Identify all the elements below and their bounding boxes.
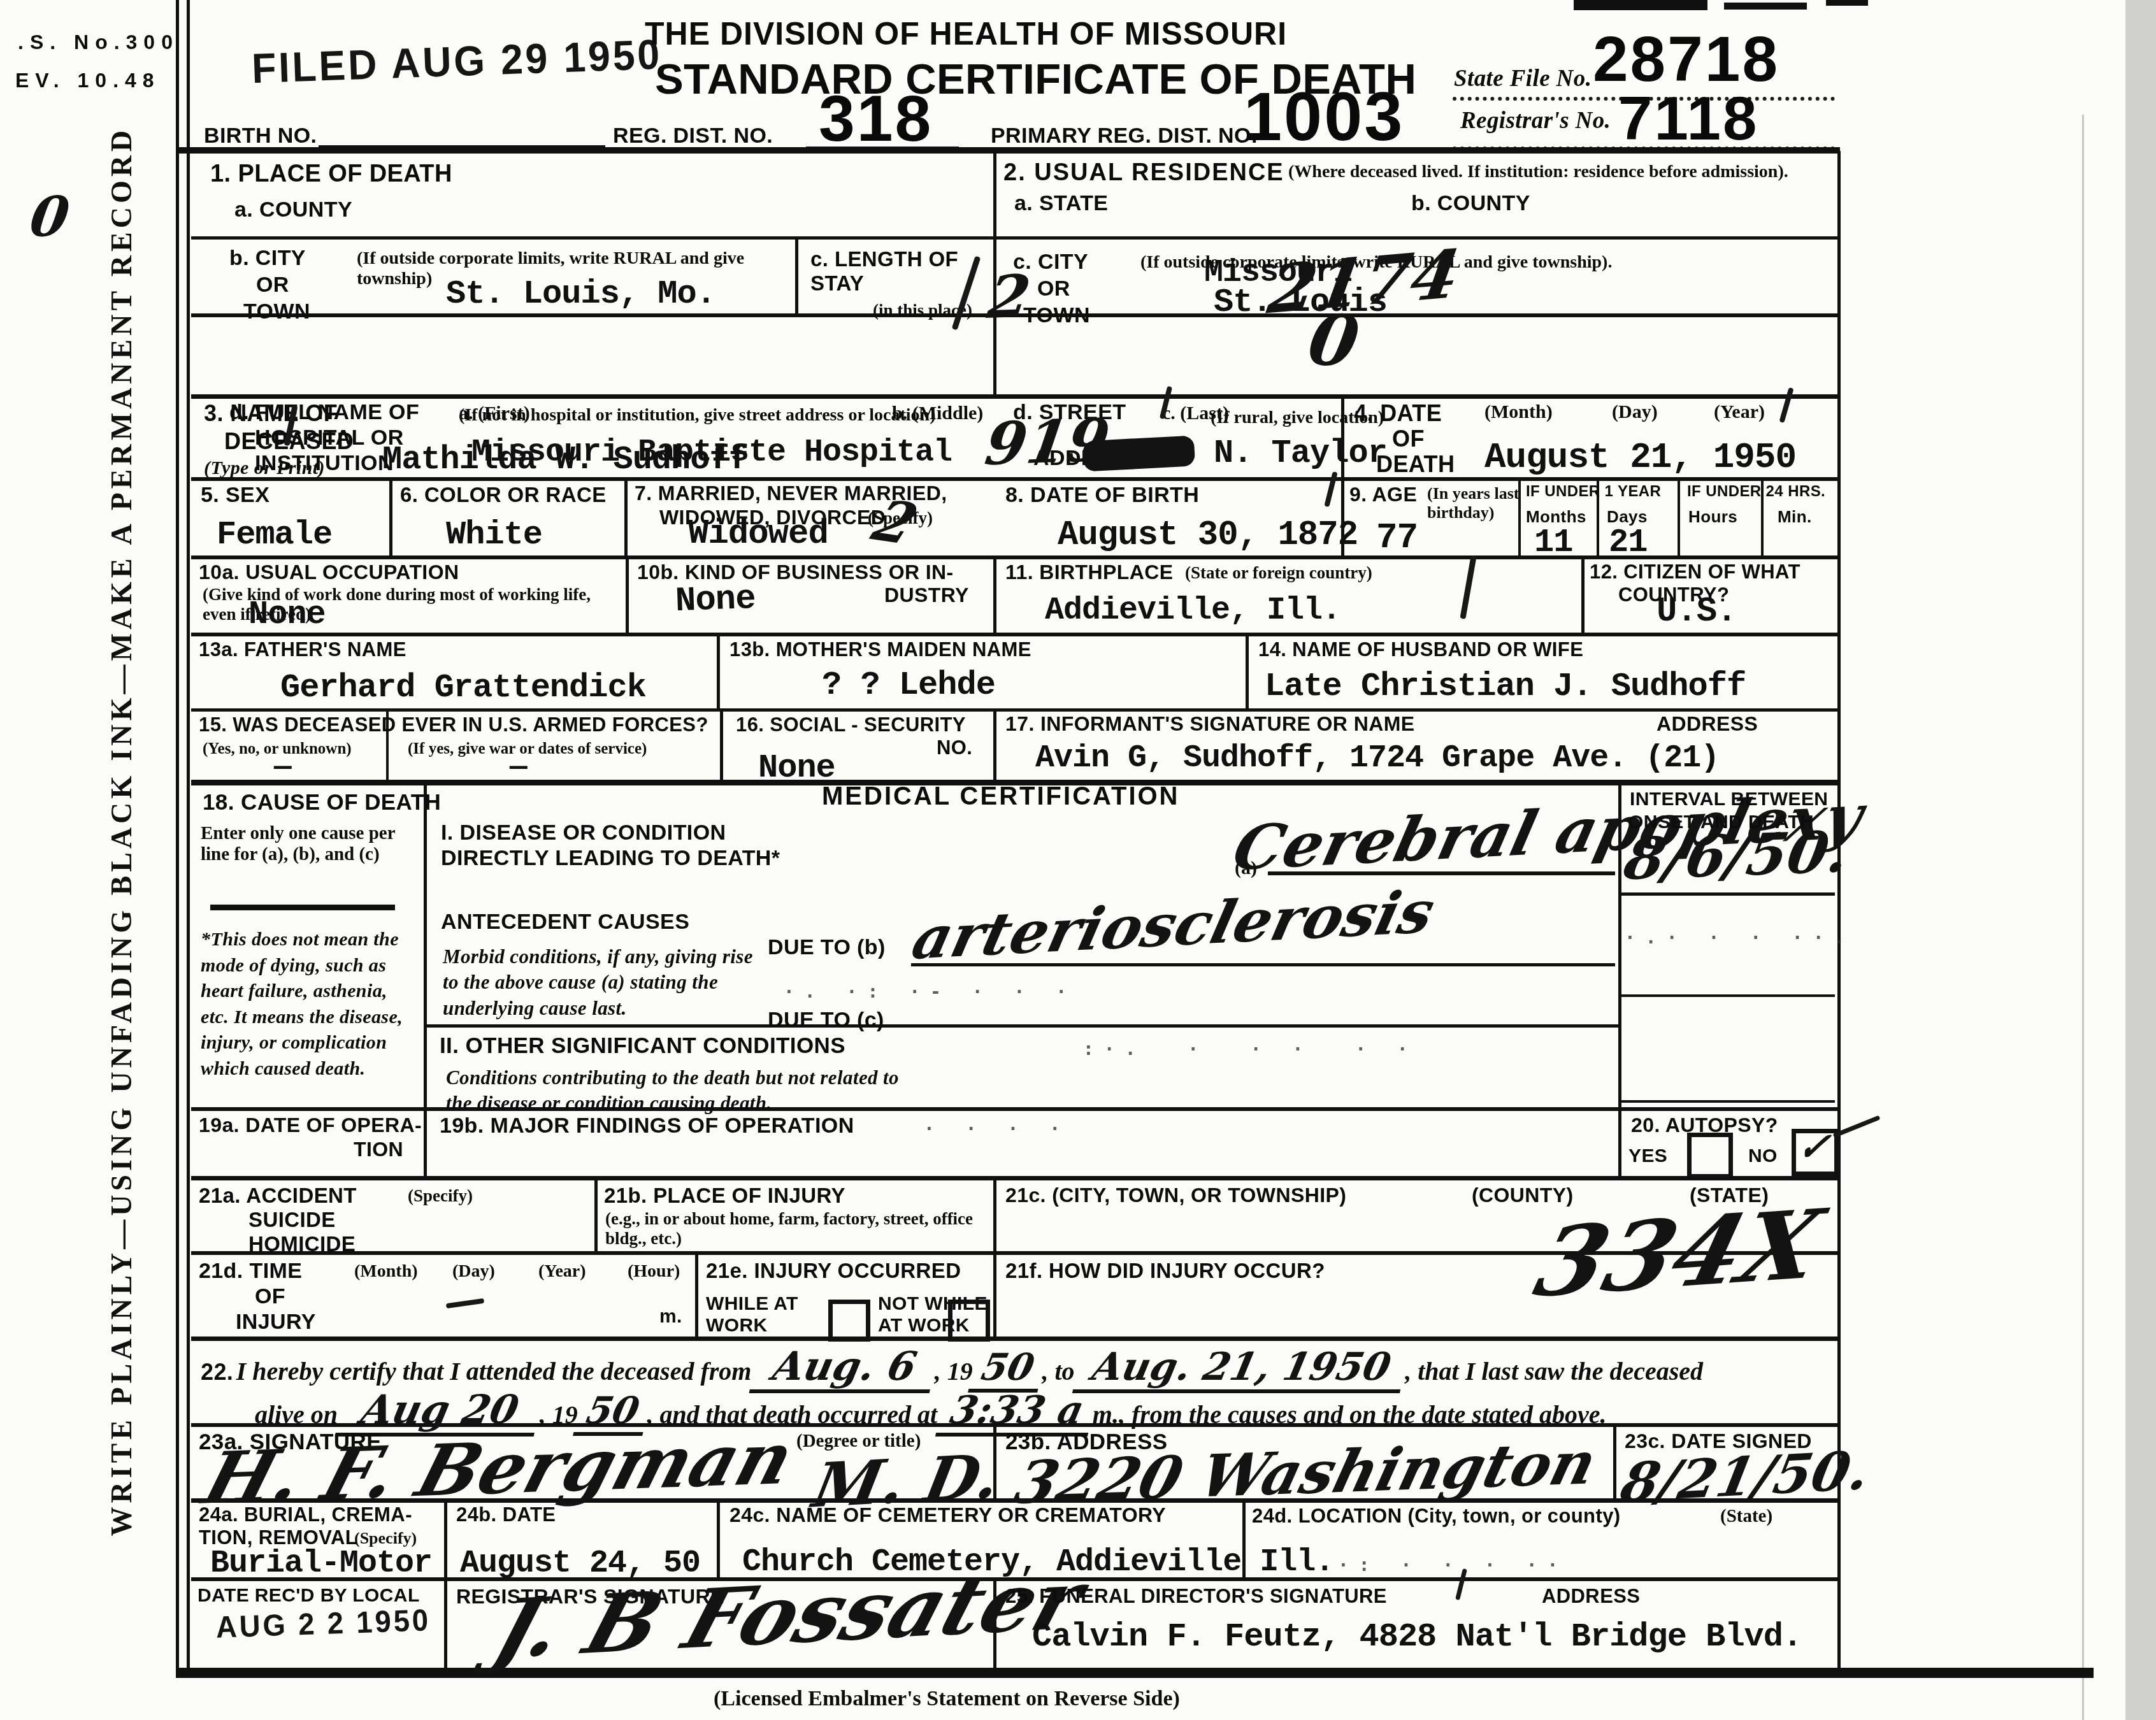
- field-14-value[interactable]: Late Christian J. Sudhoff: [1265, 668, 1746, 705]
- handwritten-circle-mark: 0: [26, 184, 73, 250]
- field-9-months-value[interactable]: 11: [1534, 524, 1572, 561]
- field-2-title: 2. USUAL RESIDENCE: [1003, 159, 1284, 187]
- scan-noise: :·. · · · · ·: [1083, 1038, 1418, 1059]
- field-9-under1: IF UNDER 1 YEAR: [1526, 483, 1661, 501]
- field-3a-label: a. (First): [459, 403, 530, 424]
- field-8-value[interactable]: August 30, 1872: [1058, 516, 1358, 555]
- field-10b-label: 10b. KIND OF BUSINESS OR IN-: [637, 561, 954, 584]
- field-25-label: 25. FUNERAL DIRECTOR'S SIGNATURE: [1005, 1585, 1387, 1608]
- field-21d-m: m.: [659, 1306, 682, 1328]
- due-to-b-label: DUE TO (b): [768, 935, 886, 960]
- field-13b-label: 13b. MOTHER'S MAIDEN NAME: [729, 638, 1031, 661]
- field-7-value[interactable]: Widowed: [688, 515, 828, 554]
- field-11-value[interactable]: Addieville, Ill.: [1045, 592, 1340, 629]
- field-10a-value[interactable]: None: [248, 596, 326, 633]
- scan-noise: ·: · · · ··: [1338, 1554, 1568, 1575]
- field-13b-value[interactable]: ? ? Lehde: [822, 666, 995, 704]
- field-21f-label: 21f. HOW DID INJURY OCCUR?: [1005, 1259, 1325, 1283]
- field-21c-county: (COUNTY): [1472, 1184, 1574, 1207]
- field-21d-day: (Day): [452, 1261, 495, 1282]
- field-1b-value[interactable]: St. Louis, Mo.: [446, 275, 715, 313]
- field-12-value[interactable]: U.S.: [1657, 592, 1737, 631]
- medical-certification-title: MEDICAL CERTIFICATION: [822, 782, 1180, 811]
- field-3-value[interactable]: Mathilda W. Sudhoff: [382, 441, 748, 478]
- field-18-I-label: I. DISEASE OR CONDITION: [441, 821, 726, 845]
- field-9-days-value[interactable]: 21: [1609, 524, 1647, 561]
- cause-of-death-b: arteriosclerosis: [906, 877, 1441, 973]
- interval-label: INTERVAL BETWEEN: [1630, 789, 1828, 810]
- revision-number: EV. 10.48: [15, 69, 161, 92]
- date-received-stamp: AUG 2 2 1950: [215, 1603, 431, 1645]
- field-5-value[interactable]: Female: [217, 516, 332, 554]
- death-certificate-scan: .S. No.300 EV. 10.48 WRITE PLAINLY—USING…: [0, 0, 2156, 1720]
- not-while-at-work-checkbox[interactable]: [948, 1300, 990, 1342]
- field-4-month: (Month): [1484, 401, 1553, 423]
- field-13a-value[interactable]: Gerhard Grattendick: [280, 669, 646, 706]
- field-21a-hint: (Specify): [408, 1186, 473, 1206]
- autopsy-no-checkmark: ✓: [1795, 1124, 1833, 1170]
- field-17-label: 17. INFORMANT'S SIGNATURE OR NAME: [1005, 712, 1414, 736]
- field-3-sub: (Type or Print): [204, 457, 325, 479]
- field-4-day: (Day): [1612, 401, 1658, 423]
- scan-artifact: [1826, 0, 1868, 6]
- margin-instruction: WRITE PLAINLY—USING UNFADING BLACK INK—M…: [104, 192, 138, 1537]
- field-16-label: 16. SOCIAL - SECURITY: [736, 713, 966, 736]
- scan-noise: · · · ·: [924, 1118, 1070, 1139]
- field-21d-month: (Month): [354, 1261, 418, 1282]
- scan-artifact: [1574, 0, 1707, 10]
- field-24d-label: 24d. LOCATION (City, town, or county): [1252, 1505, 1621, 1528]
- field-9-min: Min.: [1778, 507, 1812, 527]
- field-3c-label: c. (Last): [1162, 403, 1229, 424]
- field-9-hours: Hours: [1688, 507, 1737, 527]
- field-17-value[interactable]: Avin G, Sudhoff, 1724 Grape Ave. (21): [1035, 740, 1719, 777]
- field-3b-label: b. (Middle): [892, 403, 983, 424]
- field-22-num: 22.: [201, 1359, 233, 1385]
- date-signed: 8/21/50.: [1616, 1438, 1875, 1514]
- field-11-label: 11. BIRTHPLACE: [1005, 561, 1173, 584]
- field-21b-hint: (e.g., in or about home, farm, factory, …: [605, 1209, 981, 1249]
- field-4-year: (Year): [1714, 401, 1765, 423]
- birth-no-label: BIRTH NO.: [204, 124, 317, 148]
- primary-reg-label: PRIMARY REG. DIST. NO.: [991, 124, 1258, 148]
- scan-noise: ·.· · · ··.: [1625, 927, 1855, 948]
- while-at-work-checkbox[interactable]: [828, 1300, 870, 1342]
- field-21d-label: 21d. TIME: [199, 1259, 302, 1284]
- field-9-under24: IF UNDER 24 HRS.: [1687, 483, 1825, 501]
- due-to-c-label: DUE TO (c): [768, 1008, 884, 1033]
- reg-dist-label: REG. DIST. NO.: [613, 124, 773, 148]
- handwritten-slash: [1779, 387, 1793, 423]
- field-9-label: 9. AGE: [1349, 483, 1417, 506]
- form-number: .S. No.300: [18, 31, 179, 54]
- field-9-value[interactable]: 77: [1376, 517, 1418, 558]
- field-19b-label: 19b. MAJOR FINDINGS OF OPERATION: [440, 1114, 854, 1138]
- field-21c-label: 21c. (CITY, TOWN, OR TOWNSHIP): [1005, 1184, 1346, 1207]
- field-24b-label: 24b. DATE: [456, 1503, 556, 1526]
- field-5-label: 5. SEX: [201, 483, 269, 508]
- field-21b-label: 21b. PLACE OF INJURY: [604, 1184, 845, 1208]
- field-17-address-label: ADDRESS: [1657, 712, 1758, 736]
- scan-artifact: [1724, 3, 1807, 10]
- field-18-note2: *This does not mean the mode of dying, s…: [201, 927, 417, 1082]
- field-1c-label: c. LENGTH OF STAY: [810, 247, 982, 296]
- field-3-label: 3. NAME OF: [204, 400, 338, 427]
- struck-out-text: [1082, 435, 1195, 471]
- field-10b-value[interactable]: None: [675, 580, 756, 621]
- field-2b-label: b. COUNTY: [1411, 191, 1530, 216]
- field-21e-label: 21e. INJURY OCCURRED: [706, 1259, 961, 1283]
- field-11-hint: (State or foreign country): [1185, 563, 1372, 583]
- field-10a-label: 10a. USUAL OCCUPATION: [199, 561, 459, 584]
- attended-from-year: 50: [968, 1345, 1047, 1393]
- field-15-value1[interactable]: —: [274, 750, 291, 784]
- field-25-value[interactable]: Calvin F. Feutz, 4828 Nat'l Bridge Blvd.: [1032, 1618, 1802, 1656]
- autopsy-no-label: NO: [1748, 1145, 1778, 1167]
- field-21d-year: (Year): [538, 1261, 586, 1282]
- field-24a-label: 24a. BURIAL, CREMA-: [199, 1503, 412, 1526]
- field-18-title: 18. CAUSE OF DEATH: [203, 790, 441, 815]
- field-9-hint: (In years last birthday): [1427, 484, 1535, 522]
- field-6-label: 6. COLOR OR RACE: [400, 483, 607, 507]
- embalmer-note: (Licensed Embalmer's Statement on Revers…: [714, 1687, 1180, 1711]
- scan-gray-strip: [2125, 0, 2156, 1720]
- field-1a-label: a. COUNTY: [234, 197, 352, 222]
- field-1-title: 1. PLACE OF DEATH: [210, 161, 452, 188]
- field-24c-label: 24c. NAME OF CEMETERY OR CREMATORY: [729, 1503, 1166, 1527]
- field-18-note1: Enter only one cause per line for (a), (…: [201, 823, 414, 865]
- reg-dist-value: 318: [819, 82, 933, 156]
- scan-noise: ·. ·: ·- · · ·: [784, 981, 1077, 1002]
- field-1d-hint: (If not in hospital or institution, give…: [459, 405, 936, 426]
- registrar-no-line: [1453, 116, 1835, 150]
- field-25-address-label: ADDRESS: [1542, 1585, 1640, 1608]
- field-18-II-note: Conditions contributing to the death but…: [446, 1065, 905, 1117]
- field-2-hint: (Where deceased lived. If institution: r…: [1288, 162, 1830, 182]
- field-8-label: 8. DATE OF BIRTH: [1005, 483, 1199, 508]
- field-12-label: 12. CITIZEN OF WHAT: [1590, 561, 1800, 584]
- field-21e-while: WHILE AT WORK: [706, 1293, 833, 1337]
- date-received-label: DATE REC'D BY LOCAL: [198, 1585, 420, 1607]
- field-21a-label: 21a. ACCIDENT: [199, 1184, 357, 1208]
- field-18-II-label: II. OTHER SIGNIFICANT CONDITIONS: [440, 1033, 845, 1059]
- field-6-value[interactable]: White: [446, 516, 542, 554]
- field-21f-handwriting: 334X: [1525, 1188, 1832, 1319]
- page-edge-line: [2082, 115, 2084, 1720]
- field-24a-value[interactable]: Burial-Motor: [210, 1545, 432, 1582]
- filed-stamp: FILED AUG 29 1950: [251, 30, 663, 92]
- antecedent-label: ANTECEDENT CAUSES: [441, 910, 689, 935]
- autopsy-yes-checkbox[interactable]: [1687, 1133, 1733, 1179]
- field-2a-label: a. STATE: [1014, 191, 1108, 216]
- interval-value: 8/6/50.: [1619, 818, 1854, 893]
- field-16-value[interactable]: None: [758, 749, 835, 787]
- field-13a-label: 13a. FATHER'S NAME: [199, 638, 406, 661]
- field-15-label: 15. WAS DECEASED EVER IN U.S. ARMED FORC…: [199, 713, 708, 736]
- division-title: THE DIVISION OF HEALTH OF MISSOURI: [645, 15, 1287, 52]
- antecedent-note: Morbid conditions, if any, giving rise t…: [443, 944, 761, 1021]
- field-24d-state: (State): [1720, 1506, 1772, 1527]
- field-1b-label: b. CITY: [229, 246, 306, 271]
- field-4-label: 4. DATE: [1354, 400, 1442, 427]
- autopsy-yes-label: YES: [1628, 1145, 1667, 1167]
- field-14-label: 14. NAME OF HUSBAND OR WIFE: [1258, 638, 1583, 661]
- field-15-value2[interactable]: —: [510, 750, 527, 784]
- handwritten-dash: [446, 1298, 485, 1308]
- handwritten-slash: [1460, 555, 1476, 619]
- field-4-value[interactable]: August 21, 1950: [1484, 437, 1796, 478]
- field-2d-value[interactable]: N. Taylor: [1214, 434, 1387, 472]
- primary-reg-value: 1003: [1244, 76, 1404, 156]
- field-19a-label: 19a. DATE OF OPERA-: [199, 1114, 422, 1137]
- field-21d-hour: (Hour): [628, 1261, 680, 1282]
- field-15-hint2: (If yes, give war or dates of service): [408, 740, 647, 758]
